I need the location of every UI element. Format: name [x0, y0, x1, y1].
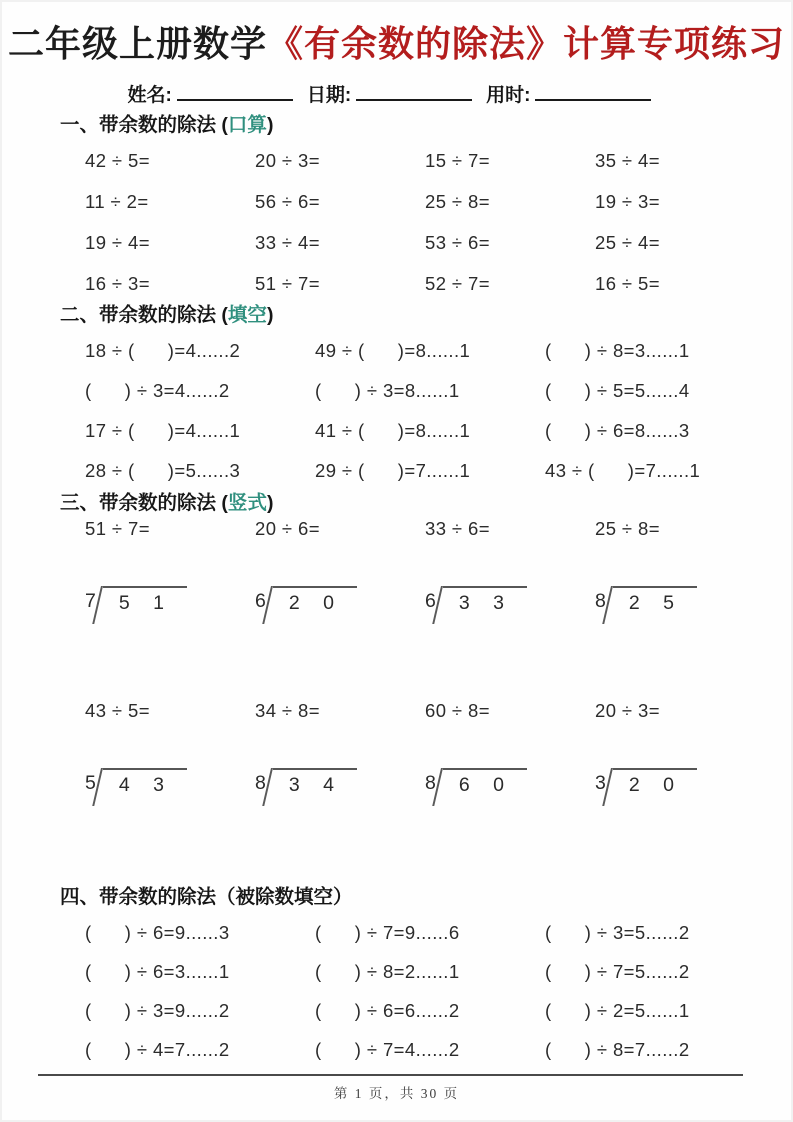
long-division-row-2: 54 383 486 032 0 — [85, 766, 793, 808]
math-expression: ( ) ÷ 7=9......6 — [315, 910, 545, 949]
math-expression: 35 ÷ 4= — [595, 138, 765, 179]
math-expression: 28 ÷ ( )=5......3 — [85, 448, 315, 488]
math-expression: 42 ÷ 5= — [85, 138, 255, 179]
math-expression: 19 ÷ 4= — [85, 220, 255, 261]
section-fill-heading-prefix: 二、带余数的除法 ( — [60, 304, 228, 326]
math-expression: 29 ÷ ( )=7......1 — [315, 448, 545, 488]
section-oral-heading-suffix: ) — [267, 114, 274, 136]
long-division-problem: 75 1 — [85, 584, 255, 624]
math-expression: 56 ÷ 6= — [255, 179, 425, 220]
math-expression: 15 ÷ 7= — [425, 138, 595, 179]
math-expression: 11 ÷ 2= — [85, 179, 255, 220]
math-expression: ( ) ÷ 6=8......3 — [545, 408, 775, 448]
math-expression: 34 ÷ 8= — [255, 698, 425, 724]
time-blank-line — [535, 83, 651, 101]
section-fill-heading-tag: 填空 — [228, 304, 267, 326]
math-expression: 25 ÷ 4= — [595, 220, 765, 261]
oral-problems-grid: 42 ÷ 5=20 ÷ 3=15 ÷ 7=35 ÷ 4=11 ÷ 2=56 ÷ … — [85, 138, 793, 302]
math-expression: 49 ÷ ( )=8......1 — [315, 328, 545, 368]
math-expression: ( ) ÷ 6=3......1 — [85, 949, 315, 988]
math-expression: ( ) ÷ 3=9......2 — [85, 988, 315, 1027]
section-oral-heading-prefix: 一、带余数的除法 ( — [60, 114, 228, 136]
long-division-problem: 62 0 — [255, 584, 425, 624]
math-expression: 20 ÷ 3= — [255, 138, 425, 179]
vertical-equations-row-1: 51 ÷ 7=20 ÷ 6=33 ÷ 6=25 ÷ 8= — [85, 516, 793, 542]
math-expression: 51 ÷ 7= — [255, 261, 425, 302]
math-expression: 18 ÷ ( )=4......2 — [85, 328, 315, 368]
math-expression: 43 ÷ 5= — [85, 698, 255, 724]
time-label: 用时: — [486, 85, 530, 106]
math-expression: 43 ÷ ( )=7......1 — [545, 448, 775, 488]
long-division-problem: 82 5 — [595, 584, 765, 624]
math-expression: ( ) ÷ 2=5......1 — [545, 988, 775, 1027]
title-red-part: 《有余数的除法》计算专项练习 — [267, 23, 785, 64]
long-division-problem: 83 4 — [255, 766, 425, 806]
math-expression: ( ) ÷ 6=6......2 — [315, 988, 545, 1027]
date-blank-line — [356, 83, 472, 101]
fill-problems-grid: 18 ÷ ( )=4......249 ÷ ( )=8......1( ) ÷ … — [85, 328, 793, 488]
math-expression: 53 ÷ 6= — [425, 220, 595, 261]
section-fill-header: 二、带余数的除法 (填空) — [60, 302, 793, 328]
section-oral-heading-tag: 口算 — [228, 114, 267, 136]
math-expression: 33 ÷ 4= — [255, 220, 425, 261]
dividend: 6 0 — [443, 768, 527, 806]
dividend: 3 4 — [273, 768, 357, 806]
section-vertical-heading-suffix: ) — [267, 492, 274, 514]
math-expression: 52 ÷ 7= — [425, 261, 595, 302]
math-expression: 60 ÷ 8= — [425, 698, 595, 724]
vertical-equations-row-2: 43 ÷ 5=34 ÷ 8=60 ÷ 8=20 ÷ 3= — [85, 698, 793, 724]
dividend: 3 3 — [443, 586, 527, 624]
math-expression: 25 ÷ 8= — [595, 516, 765, 542]
math-expression: ( ) ÷ 3=5......2 — [545, 910, 775, 949]
dividend: 2 5 — [613, 586, 697, 624]
math-expression: 20 ÷ 3= — [595, 698, 765, 724]
dividend: 2 0 — [273, 586, 357, 624]
section-dividend-fill-header: 四、带余数的除法（被除数填空） — [60, 884, 793, 910]
long-division-row-1: 75 162 063 382 5 — [85, 584, 793, 626]
section-vertical-header: 三、带余数的除法 (竖式) — [60, 490, 793, 516]
math-expression: 16 ÷ 3= — [85, 261, 255, 302]
page-number: 第 1 页，共 30 页 — [0, 1082, 793, 1102]
long-division-problem: 32 0 — [595, 766, 765, 806]
section-fill-heading-suffix: ) — [267, 304, 274, 326]
title-black-part: 二年级上册数学 — [8, 23, 267, 64]
math-expression: 25 ÷ 8= — [425, 179, 595, 220]
math-expression: 41 ÷ ( )=8......1 — [315, 408, 545, 448]
math-expression: 16 ÷ 5= — [595, 261, 765, 302]
math-expression: ( ) ÷ 8=7......2 — [545, 1027, 775, 1066]
math-expression: ( ) ÷ 4=7......2 — [85, 1027, 315, 1066]
dividend: 5 1 — [103, 586, 187, 624]
math-expression: ( ) ÷ 5=5......4 — [545, 368, 775, 408]
section-vertical-heading-prefix: 三、带余数的除法 ( — [60, 492, 228, 514]
long-division-problem: 54 3 — [85, 766, 255, 806]
math-expression: 17 ÷ ( )=4......1 — [85, 408, 315, 448]
date-label: 日期: — [307, 85, 351, 106]
math-expression: ( ) ÷ 8=3......1 — [545, 328, 775, 368]
section-vertical-heading-tag: 竖式 — [228, 492, 267, 514]
math-expression: ( ) ÷ 6=9......3 — [85, 910, 315, 949]
section-oral-header: 一、带余数的除法 (口算) — [60, 112, 793, 138]
dividend-fill-problems-grid: ( ) ÷ 6=9......3( ) ÷ 7=9......6( ) ÷ 3=… — [85, 910, 793, 1066]
page-title: 二年级上册数学《有余数的除法》计算专项练习 — [0, 0, 793, 66]
dividend: 2 0 — [613, 768, 697, 806]
worksheet-page: 二年级上册数学《有余数的除法》计算专项练习 姓名:日期:用时: 一、带余数的除法… — [0, 0, 793, 1122]
math-expression: ( ) ÷ 7=5......2 — [545, 949, 775, 988]
dividend: 4 3 — [103, 768, 187, 806]
math-expression: ( ) ÷ 7=4......2 — [315, 1027, 545, 1066]
math-expression: 51 ÷ 7= — [85, 516, 255, 542]
name-label: 姓名: — [128, 85, 172, 106]
math-expression: 19 ÷ 3= — [595, 179, 765, 220]
long-division-problem: 63 3 — [425, 584, 595, 624]
math-expression: ( ) ÷ 8=2......1 — [315, 949, 545, 988]
math-expression: 20 ÷ 6= — [255, 516, 425, 542]
math-expression: ( ) ÷ 3=8......1 — [315, 368, 545, 408]
footer-divider-line — [38, 1074, 743, 1076]
name-blank-line — [177, 83, 293, 101]
long-division-problem: 86 0 — [425, 766, 595, 806]
math-expression: ( ) ÷ 3=4......2 — [85, 368, 315, 408]
math-expression: 33 ÷ 6= — [425, 516, 595, 542]
student-info-row: 姓名:日期:用时: — [0, 80, 793, 106]
